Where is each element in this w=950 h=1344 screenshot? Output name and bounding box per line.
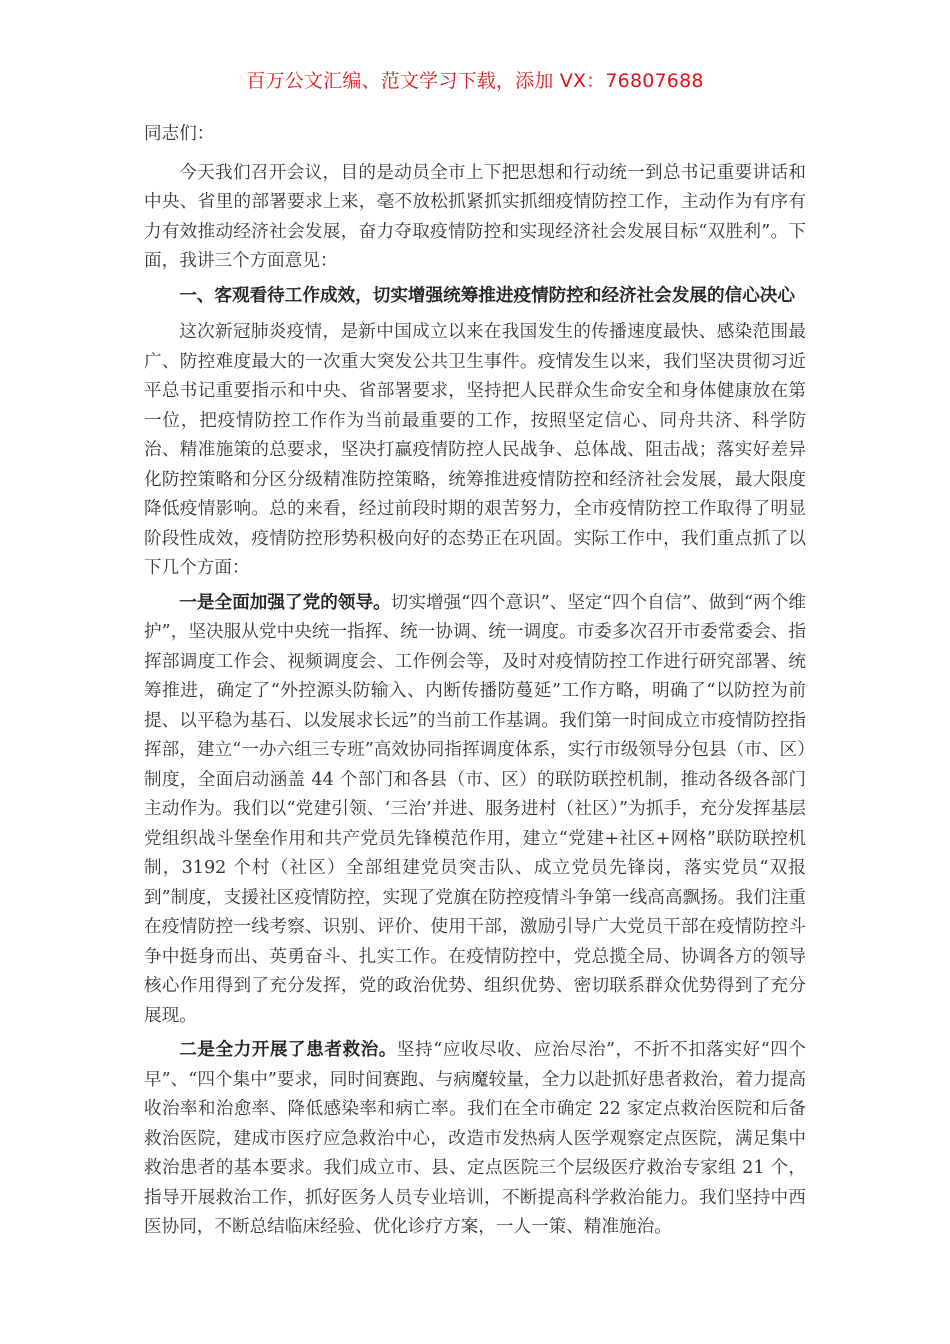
section-1-paragraph: 这次新冠肺炎疫情，是新中国成立以来在我国发生的传播速度最快、感染范围最广、防控难… (144, 318, 806, 584)
promo-banner: 百万公文汇编、范文学习下载，添加 VX：76807688 (0, 66, 950, 93)
point-1-lead: 一是全面加强了党的领导。 (179, 593, 391, 613)
point-2-lead: 二是全力开展了患者救治。 (179, 1040, 397, 1060)
document-body: 同志们： 今天我们召开会议，目的是动员全市上下把思想和行动统一到总书记重要讲话和… (144, 120, 806, 1248)
point-1-body: 切实增强“四个意识”、坚定“四个自信”、做到“两个维护”，坚决服从党中央统一指挥… (144, 593, 806, 1026)
point-2-body: 坚持“应收尽收、应治尽治”，不折不扣落实好“四个早”、“四个集中”要求，同时间赛… (144, 1040, 806, 1237)
point-2-paragraph: 二是全力开展了患者救治。坚持“应收尽收、应治尽治”，不折不扣落实好“四个早”、“… (144, 1036, 806, 1243)
point-1-paragraph: 一是全面加强了党的领导。切实增强“四个意识”、坚定“四个自信”、做到“两个维护”… (144, 589, 806, 1032)
salutation: 同志们： (144, 120, 806, 150)
intro-paragraph: 今天我们召开会议，目的是动员全市上下把思想和行动统一到总书记重要讲话和中央、省里… (144, 159, 806, 277)
section-1-heading: 一、客观看待工作成效，切实增强统筹推进疫情防控和经济社会发展的信心决心 (144, 282, 806, 312)
